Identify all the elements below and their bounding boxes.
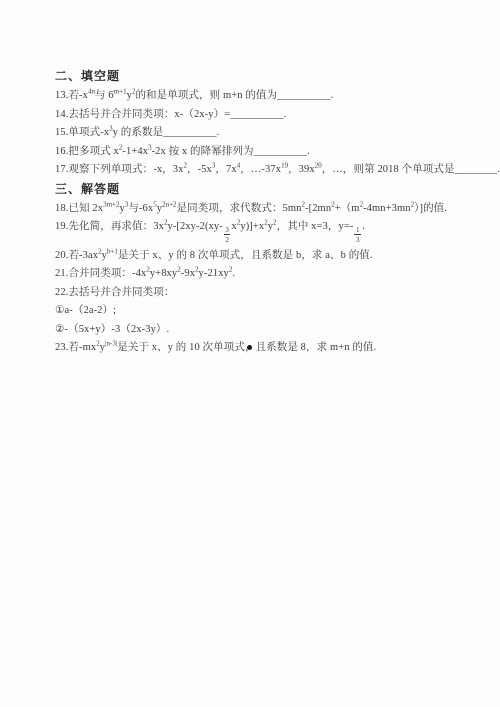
- question-item: 13.若-x4n与 6m+1y2的和是单项式，则 m+n 的值为________…: [55, 90, 485, 103]
- exponent: 2: [119, 143, 123, 151]
- exponent: 19: [281, 162, 288, 170]
- exponent: 2: [302, 200, 306, 208]
- exponent: 4n: [88, 88, 95, 96]
- exponent: 5: [153, 200, 157, 208]
- worksheet-page: 二、填空题 13.若-x4n与 6m+1y2的和是单项式，则 m+n 的值为__…: [0, 0, 500, 707]
- exponent: 2: [164, 219, 168, 227]
- question-item: 23.若-mx2y|n-3|是关于 x、y 的 10 次单项式，且系数是 8，求…: [55, 342, 485, 355]
- exponent: 2: [360, 200, 364, 208]
- fraction: 32: [224, 226, 231, 244]
- question-item: 17.观察下列单项式：-x，3x2，-5x3，7x4，…-37x19，39x20…: [55, 164, 485, 177]
- question-item: 21.合并同类项：-4x2y+8xy2-9x2y-21xy2.: [55, 268, 485, 281]
- exponent: 2: [132, 88, 136, 96]
- exponent: 2: [96, 340, 100, 348]
- exponent: 3: [212, 162, 216, 170]
- exponent: m+1: [114, 88, 127, 96]
- exponent: 3: [109, 125, 113, 133]
- exponent: 2: [146, 266, 150, 274]
- question-item: 20.若-3ax2yb+1是关于 x、y 的 8 次单项式，且系数是 b，求 a…: [55, 250, 485, 263]
- question-item: 18.已知 2x3m+2y3与-6x5y2n+2是同类项，求代数式：5mn2-[…: [55, 203, 485, 216]
- question-item: 19.先化简，再求值：3x2y-[2xy-2(xy-32x2y)]+x2y2，其…: [55, 221, 485, 244]
- exponent: 2: [237, 219, 241, 227]
- exponent: 2: [98, 247, 102, 255]
- exponent: 2: [264, 219, 268, 227]
- question-item: ②-（5x+y）-3（2x-3y）.: [55, 324, 485, 337]
- exponent: 2: [229, 266, 233, 274]
- fraction: 13: [354, 226, 361, 244]
- section-heading: 二、填空题: [55, 70, 485, 83]
- exponent: 2: [177, 266, 181, 274]
- question-section: 三、解答题 18.已知 2x3m+2y3与-6x5y2n+2是同类项，求代数式：…: [55, 183, 485, 355]
- exponent: 2: [183, 162, 187, 170]
- exponent: 20: [315, 162, 322, 170]
- question-section: 二、填空题 13.若-x4n与 6m+1y2的和是单项式，则 m+n 的值为__…: [55, 70, 485, 177]
- exponent: |n-3|: [105, 340, 117, 348]
- exponent: 2: [331, 200, 335, 208]
- section-items: 13.若-x4n与 6m+1y2的和是单项式，则 m+n 的值为________…: [55, 90, 485, 177]
- exponent: 3m+2: [103, 200, 119, 208]
- question-item: 15.单项式-x3y 的系数是__________.: [55, 127, 485, 140]
- exponent: 2n+2: [162, 200, 176, 208]
- ink-dot: [247, 345, 252, 350]
- section-items: 18.已知 2x3m+2y3与-6x5y2n+2是同类项，求代数式：5mn2-[…: [55, 203, 485, 355]
- question-item: ①a-（2a-2）;: [55, 305, 485, 318]
- exponent: 2: [411, 200, 415, 208]
- exponent: b+1: [107, 247, 118, 255]
- exponent: 2: [273, 219, 277, 227]
- question-item: 16.把多项式 x2-1+4x3-2x 按 x 的降幂排列为__________…: [55, 146, 485, 159]
- worksheet-content: 二、填空题 13.若-x4n与 6m+1y2的和是单项式，则 m+n 的值为__…: [55, 69, 485, 361]
- exponent: 3: [148, 143, 152, 151]
- exponent: 2: [195, 266, 199, 274]
- section-heading: 三、解答题: [55, 183, 485, 196]
- exponent: 4: [237, 162, 241, 170]
- question-item: 14.去括号并合并同类项：x-（2x-y）=__________.: [55, 109, 485, 122]
- exponent: 3: [125, 200, 129, 208]
- question-item: 22.去括号并合并同类项：: [55, 287, 485, 300]
